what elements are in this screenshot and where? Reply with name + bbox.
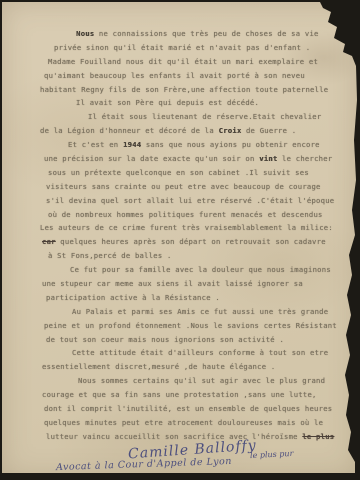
typed-line: à St Fons,percé de balles . <box>40 249 340 263</box>
typed-segment: une stupeur car meme aux siens il avait … <box>42 279 303 288</box>
typed-segment: dont il comprit l'inutilité, est un ense… <box>44 404 332 413</box>
typed-segment: à St Fons,percé de balles . <box>48 251 172 260</box>
typed-segment: privée sinon qu'il était marié et n'avai… <box>54 43 310 52</box>
typed-text-block: Nous ne connaissions que très peu de cho… <box>40 27 340 444</box>
typed-segment: s'il devina quel sort allait lui etre ré… <box>46 196 334 205</box>
typed-segment: visiteurs sans crainte ou peut etre avec… <box>46 182 321 191</box>
typed-line: Madame Fouilland nous dit qu'il était un… <box>40 55 340 69</box>
typed-segment: Cette attitude était d'ailleurs conforme… <box>72 348 328 357</box>
typed-segment: essentiellement discret,mesuré ,de haute… <box>42 362 275 371</box>
typed-segment: de la Légion d'honneur et décoré de la <box>40 126 219 135</box>
typed-segment: peine et un profond étonnement .Nous le … <box>44 321 337 330</box>
typed-segment: lutteur vaincu accueillit son sacrifice … <box>46 432 302 441</box>
typed-segment: courage et que sa fin sans une protestat… <box>42 390 317 399</box>
typed-segment: une précision sur la date exacte qu'un s… <box>44 154 259 163</box>
typed-segment: quelques minutes peut etre atrocement do… <box>44 418 323 427</box>
typed-segment: habitant Regny fils de son Frère,une aff… <box>40 85 328 94</box>
typed-line: Au Palais et parmi ses Amis ce fut aussi… <box>40 305 340 319</box>
typed-line: de tout son coeur mais nous ignorions so… <box>40 333 340 347</box>
typed-segment: le chercher <box>277 154 332 163</box>
typed-line: Nous sommes certains qu'il sut agir avec… <box>40 374 340 388</box>
typed-segment: Ce fut pour sa famille avec la douleur q… <box>70 265 331 274</box>
typed-segment: vint <box>259 154 277 163</box>
typed-line: Nous ne connaissions que très peu de cho… <box>40 27 340 41</box>
typed-segment: Nous sommes certains qu'il sut agir avec… <box>78 376 325 385</box>
typed-segment: Au Palais et parmi ses Amis ce fut aussi… <box>72 307 328 316</box>
typed-line: visiteurs sans crainte ou peut etre avec… <box>40 180 340 194</box>
typed-segment: sans que nous ayions pu obtenir encore <box>141 140 320 149</box>
typed-line: Et c'est en 1944 sans que nous ayions pu… <box>40 138 340 152</box>
typed-segment: qu'aimant beaucoup les enfants il avait … <box>44 71 305 80</box>
typed-line: quelques minutes peut etre atrocement do… <box>40 416 340 430</box>
typed-segment: où de nombreux hommes politiques furent … <box>48 210 323 219</box>
typed-segment: Les auteurs de ce crime furent très vrai… <box>40 223 333 232</box>
typed-segment: Nous <box>76 29 94 38</box>
typed-segment: de tout son coeur mais nous ignorions so… <box>46 335 284 344</box>
typed-line: où de nombreux hommes politiques furent … <box>40 208 340 222</box>
typed-segment: Il avait son Père qui depuis est décédé. <box>76 98 259 107</box>
typed-line: essentiellement discret,mesuré ,de haute… <box>40 360 340 374</box>
typed-segment: sous un prétexte quelconque en son cabin… <box>48 168 309 177</box>
typed-segment: Il était sous lieutenant de réserve.Etai… <box>88 112 321 121</box>
typed-line: une stupeur car meme aux siens il avait … <box>40 277 340 291</box>
typed-line: privée sinon qu'il était marié et n'avai… <box>40 41 340 55</box>
typed-segment: quelques heures après son départ on retr… <box>56 237 326 246</box>
typed-segment: ne connaissions que très peu de choses d… <box>94 29 318 38</box>
struck-word: le plus <box>302 432 334 441</box>
typed-line: habitant Regny fils de son Frère,une aff… <box>40 83 340 97</box>
typed-line: une précision sur la date exacte qu'un s… <box>40 152 340 166</box>
struck-word: car <box>42 237 56 246</box>
typed-line: Les auteurs de ce crime furent très vrai… <box>40 221 340 235</box>
typed-line: courage et que sa fin sans une protestat… <box>40 388 340 402</box>
scanned-document: Nous ne connaissions que très peu de cho… <box>0 0 360 480</box>
typed-segment: Et c'est en <box>68 140 123 149</box>
typed-segment: participation active à la Résistance . <box>46 293 220 302</box>
typed-line: sous un prétexte quelconque en son cabin… <box>40 166 340 180</box>
typed-line: Il était sous lieutenant de réserve.Etai… <box>40 110 340 124</box>
typed-segment: Croix <box>219 126 242 135</box>
typed-line: s'il devina quel sort allait lui etre ré… <box>40 194 340 208</box>
typed-line: participation active à la Résistance . <box>40 291 340 305</box>
typed-line: dont il comprit l'inutilité, est un ense… <box>40 402 340 416</box>
typed-line: Cette attitude était d'ailleurs conforme… <box>40 346 340 360</box>
typed-segment: Madame Fouilland nous dit qu'il était un… <box>48 57 318 66</box>
typed-segment: 1944 <box>123 140 141 149</box>
typed-line: car quelques heures après son départ on … <box>40 235 340 249</box>
typed-line: Il avait son Père qui depuis est décédé. <box>40 96 340 110</box>
typed-line: qu'aimant beaucoup les enfants il avait … <box>40 69 340 83</box>
typed-segment: de Guerre . <box>241 126 296 135</box>
typed-line: Ce fut pour sa famille avec la douleur q… <box>40 263 340 277</box>
typed-line: peine et un profond étonnement .Nous le … <box>40 319 340 333</box>
typed-line: de la Légion d'honneur et décoré de la C… <box>40 124 340 138</box>
